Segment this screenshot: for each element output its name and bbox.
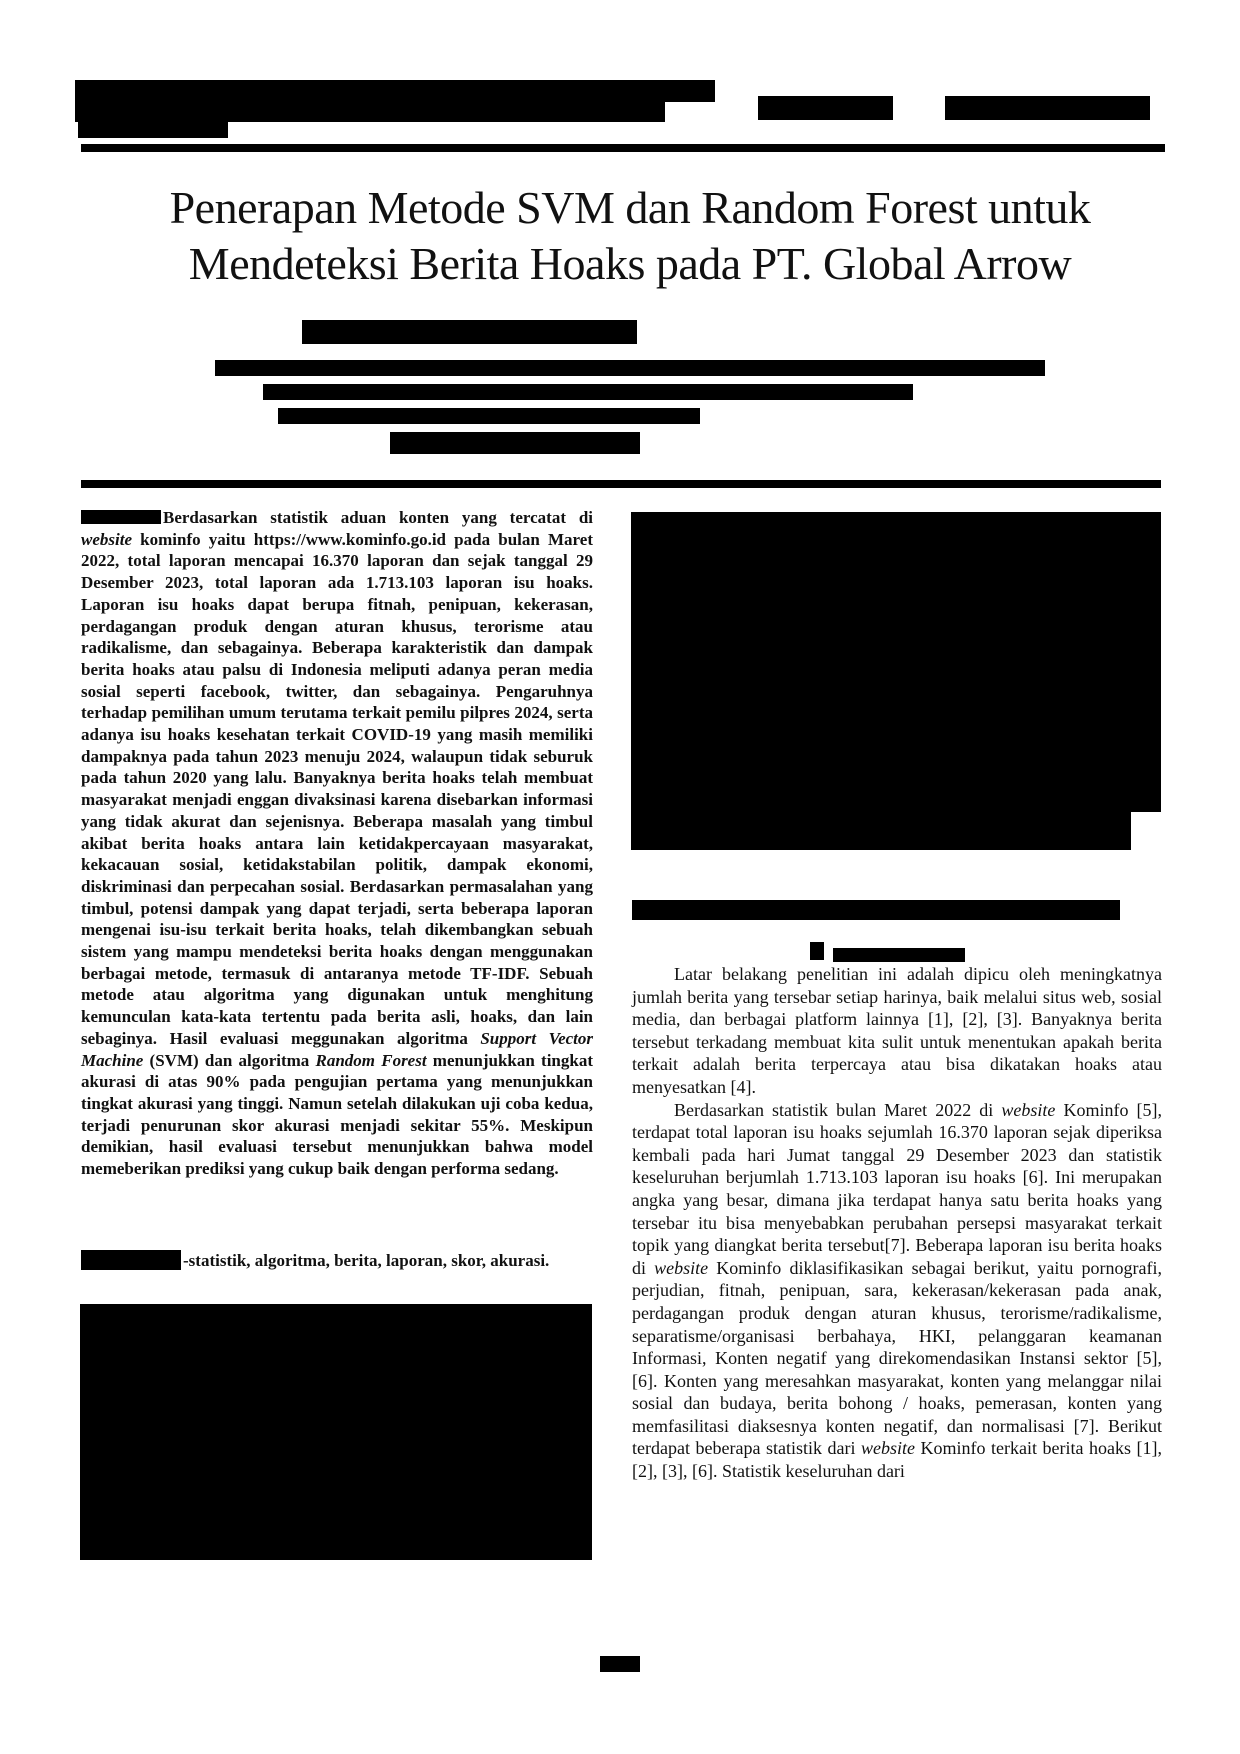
page-number-redacted (600, 1656, 640, 1672)
keywords-label-redacted (81, 1250, 181, 1270)
paper-title: Penerapan Metode SVM dan Random Forest u… (100, 180, 1160, 292)
p2-italic-website-3: website (861, 1438, 915, 1458)
journal-info-redacted-line3 (78, 122, 228, 138)
english-text-redacted (631, 512, 1161, 812)
english-text-redacted-tail (631, 812, 1131, 850)
abstract-text-1: Berdasarkan statistik aduan konten yang … (163, 508, 593, 527)
p2-text-1: Berdasarkan statistik bulan Maret 2022 d… (674, 1100, 1001, 1120)
authors-redacted-2 (480, 320, 630, 338)
email-redacted-2 (520, 432, 640, 454)
volume-info-redacted (758, 96, 893, 120)
intro-paragraph-1: Latar belakang penelitian ini adalah dip… (632, 963, 1162, 1099)
intro-paragraph-2: Berdasarkan statistik bulan Maret 2022 d… (632, 1099, 1162, 1483)
p2-italic-website-2: website (654, 1258, 708, 1278)
p2-italic-website-1: website (1001, 1100, 1055, 1120)
p2-text-3: Kominfo diklasifikasikan sebagai berikut… (632, 1258, 1162, 1459)
section-heading-redacted (833, 948, 965, 962)
title-line-2: Mendeteksi Berita Hoaks pada PT. Global … (100, 236, 1160, 292)
keywords-text: -statistik, algoritma, berita, laporan, … (183, 1251, 549, 1270)
abstract-label-redacted (81, 510, 161, 524)
affiliation-line-4 (390, 408, 650, 424)
introduction-body: Latar belakang penelitian ini adalah dip… (632, 963, 1162, 1483)
title-line-1: Penerapan Metode SVM dan Random Forest u… (100, 180, 1160, 236)
journal-info-redacted-line2 (75, 102, 665, 122)
p2-text-2: Kominfo [5], terdapat total laporan isu … (632, 1100, 1162, 1278)
abstract-text-3: (SVM) dan algoritma (143, 1051, 315, 1070)
abstract-italic-website: website (81, 530, 132, 549)
separator-rule (81, 480, 1161, 488)
header-rule (81, 144, 1165, 152)
journal-info-redacted (75, 80, 715, 102)
email-redacted (390, 432, 520, 454)
english-keywords-redacted (632, 900, 1120, 920)
section-number-redacted (810, 942, 824, 960)
abstract-indonesian: Berdasarkan statistik aduan konten yang … (81, 507, 593, 1180)
english-abstract-redacted (80, 1304, 592, 1560)
issn-info-redacted (945, 96, 1150, 120)
abstract-italic-rf: Random Forest (316, 1051, 427, 1070)
affiliation-line-1 (215, 360, 1045, 376)
affiliation-line-2 (263, 384, 913, 400)
abstract-text-2: kominfo yaitu https://www.kominfo.go.id … (81, 530, 593, 1048)
keywords-indonesian: -statistik, algoritma, berita, laporan, … (81, 1250, 601, 1272)
